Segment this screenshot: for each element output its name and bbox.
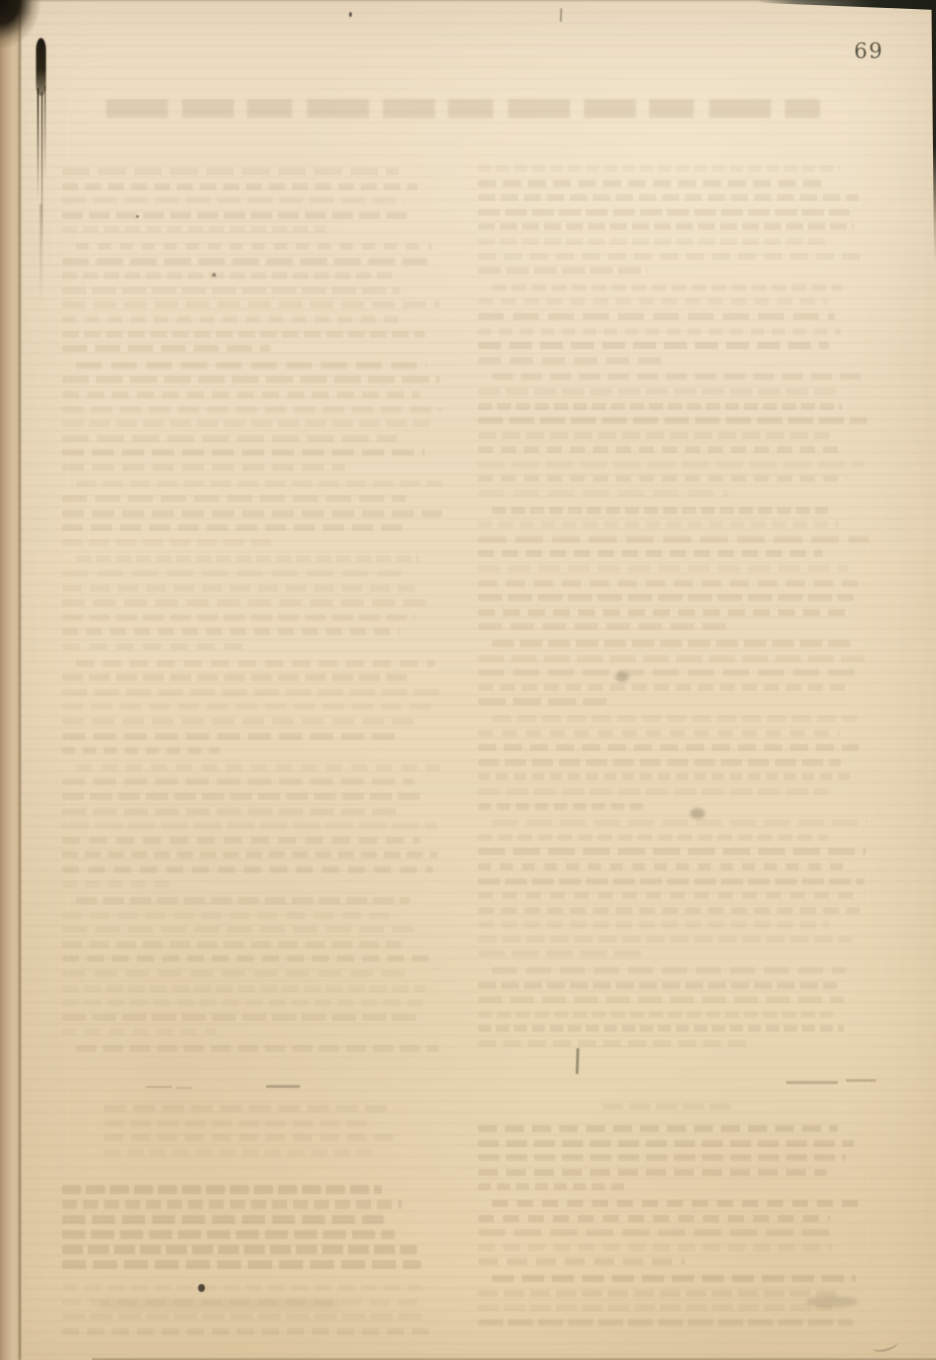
faded-text-line	[104, 1149, 374, 1156]
faded-text-line	[76, 480, 442, 487]
faded-column-left-main	[62, 168, 442, 1060]
dash-mark	[176, 1087, 192, 1089]
faded-text-line	[478, 165, 840, 172]
faded-column-right-heading	[602, 1103, 752, 1117]
faded-text-line	[478, 950, 641, 957]
faded-text-line	[492, 507, 828, 514]
faded-text-line	[478, 996, 844, 1003]
faded-text-line	[478, 461, 863, 468]
faded-text-line	[62, 301, 440, 308]
faded-column-left-tail	[62, 1284, 434, 1342]
faded-text-line	[62, 1230, 395, 1239]
faded-text-line	[62, 999, 428, 1006]
faded-column-left-foot	[104, 1105, 404, 1163]
faded-text-line	[478, 744, 859, 751]
faded-text-line	[76, 660, 435, 667]
faded-text-line	[62, 778, 414, 785]
faded-text-line	[478, 1025, 844, 1032]
faded-text-line	[478, 848, 866, 855]
faded-text-line	[478, 698, 607, 705]
faded-text-line	[62, 1028, 217, 1035]
faded-text-line	[478, 773, 850, 780]
faded-text-line	[62, 258, 427, 265]
speck-mark	[136, 215, 139, 218]
faded-text-line	[478, 209, 850, 216]
dash-mark	[146, 1086, 172, 1088]
faded-text-line	[478, 536, 869, 543]
tick-mark	[560, 8, 562, 22]
faded-text-line	[478, 328, 841, 335]
faded-text-line	[492, 1275, 856, 1282]
faded-text-line	[76, 1045, 439, 1052]
band-mark	[100, 1300, 340, 1309]
faded-text-line	[478, 342, 829, 349]
faded-text-line	[62, 808, 403, 815]
faded-text-line	[62, 822, 437, 829]
faded-text-line	[62, 718, 414, 725]
faded-text-line	[478, 982, 837, 989]
faded-text-line	[478, 921, 829, 928]
faded-text-line	[478, 238, 827, 245]
faded-text-line	[478, 759, 841, 766]
smudge-mark	[806, 1296, 858, 1308]
faded-text-line	[62, 406, 441, 413]
smudge-mark	[615, 672, 629, 682]
faded-text-line	[478, 357, 667, 364]
faded-text-line	[478, 1169, 827, 1176]
faded-text-line	[62, 510, 442, 517]
faded-text-line	[478, 388, 836, 395]
faded-text-line	[104, 1105, 387, 1112]
faded-text-line	[478, 803, 646, 810]
faded-text-line	[62, 1200, 402, 1209]
faded-text-line	[478, 1319, 853, 1326]
faded-text-line	[478, 1290, 838, 1297]
faded-text-line	[478, 623, 730, 630]
ink-streak-mark	[30, 36, 56, 306]
faded-text-line	[478, 180, 827, 187]
dash-mark	[786, 1081, 838, 1084]
faded-text-line	[104, 1134, 398, 1141]
faded-text-line	[478, 1125, 838, 1132]
faded-text-line	[478, 1140, 854, 1147]
faded-text-line	[62, 420, 430, 427]
faded-text-line	[62, 614, 415, 621]
faded-text-line	[76, 555, 419, 562]
curl-mark	[871, 1337, 899, 1354]
faded-text-line	[478, 594, 854, 601]
faded-text-line	[62, 912, 399, 919]
scan-edge-shadow-right	[929, 0, 936, 265]
faded-text-line	[492, 1200, 865, 1207]
faded-text-line	[62, 1260, 421, 1269]
faded-text-line	[492, 640, 856, 647]
faded-text-line	[62, 435, 397, 442]
scan-edge-shadow-top-right	[756, 0, 936, 10]
faded-text-line	[478, 936, 852, 943]
faded-text-line	[492, 819, 868, 826]
faded-text-line	[478, 580, 858, 587]
scanned-document-page: 69	[0, 0, 936, 1360]
ink-wisp-tail	[40, 204, 42, 306]
faded-text-line	[62, 1245, 417, 1254]
faded-text-line	[478, 313, 835, 320]
smudge-mark	[690, 808, 705, 819]
faded-text-line	[478, 417, 867, 424]
faded-text-line	[62, 837, 420, 844]
faded-text-line	[62, 674, 412, 681]
faded-title-text	[106, 99, 820, 118]
faded-text-line	[62, 1185, 382, 1194]
faded-text-line	[478, 403, 842, 410]
faded-text-line	[62, 1313, 422, 1320]
faded-text-line	[62, 391, 420, 398]
faded-text-line	[62, 585, 415, 592]
faded-text-line	[62, 689, 441, 696]
faded-text-line	[478, 730, 840, 737]
faded-column-left-bold	[62, 1185, 424, 1275]
faded-text-line	[478, 267, 647, 274]
faded-text-line	[478, 1229, 838, 1236]
faded-text-line	[492, 373, 867, 380]
faded-text-line	[76, 764, 440, 771]
faded-text-line	[478, 1304, 832, 1311]
faded-text-line	[62, 464, 345, 471]
speck-mark	[198, 1284, 205, 1292]
faded-text-line	[602, 1103, 737, 1110]
faded-text-line	[62, 376, 440, 383]
faded-text-line	[478, 907, 860, 914]
faded-text-line	[492, 967, 846, 974]
faded-text-line	[76, 243, 432, 250]
faded-text-line	[62, 926, 414, 933]
faded-text-line	[62, 495, 406, 502]
faded-text-line	[478, 1183, 630, 1190]
faded-text-line	[62, 449, 425, 456]
faded-text-line	[76, 362, 427, 369]
faded-text-line	[62, 1014, 416, 1021]
faded-text-line	[478, 863, 843, 870]
faded-text-line	[478, 878, 864, 885]
faded-text-line	[478, 788, 829, 795]
faded-text-line	[62, 1328, 429, 1335]
faded-text-line	[478, 194, 859, 201]
faded-text-line	[62, 539, 271, 546]
faded-text-line	[478, 1154, 846, 1161]
faded-text-line	[478, 1258, 685, 1265]
faded-text-line	[478, 298, 828, 305]
faded-text-line	[478, 1011, 833, 1018]
page-number: 69	[854, 39, 884, 63]
faded-text-line	[62, 866, 433, 873]
faded-text-line	[478, 550, 823, 557]
faded-text-line	[62, 941, 401, 948]
faded-text-line	[478, 1215, 830, 1222]
faded-text-line	[478, 475, 847, 482]
faded-text-line	[478, 223, 854, 230]
faded-text-line	[62, 793, 425, 800]
faded-text-line	[62, 226, 326, 233]
faded-text-line	[492, 715, 857, 722]
faded-text-line	[62, 183, 418, 190]
faded-text-line	[62, 1215, 384, 1224]
faded-text-line	[478, 1040, 747, 1047]
faded-text-line	[62, 197, 404, 204]
ink-wisp	[37, 88, 39, 200]
faded-text-line	[62, 316, 403, 323]
faded-text-line	[62, 212, 410, 219]
faded-text-line	[478, 684, 847, 691]
faded-text-line	[478, 609, 850, 616]
faded-text-line	[62, 1284, 424, 1291]
faded-text-line	[62, 570, 401, 577]
faded-text-line	[62, 345, 270, 352]
faded-text-line	[62, 168, 399, 175]
faded-text-line	[62, 851, 438, 858]
faded-text-line	[62, 524, 407, 531]
faded-text-line	[478, 521, 839, 528]
faded-text-line	[478, 565, 848, 572]
speck-mark	[212, 273, 216, 277]
page-edge-band	[0, 0, 19, 1360]
faded-text-line	[478, 669, 860, 676]
faded-text-line	[62, 703, 439, 710]
speck-mark	[349, 12, 352, 17]
faded-text-line	[62, 643, 250, 650]
faded-text-line	[62, 733, 401, 740]
faded-text-line	[62, 881, 176, 888]
faded-text-line	[478, 490, 728, 497]
faded-text-line	[62, 287, 400, 294]
faded-text-line	[478, 253, 866, 260]
faded-text-line	[478, 432, 830, 439]
faded-text-line	[478, 655, 864, 662]
faded-text-line	[104, 1120, 371, 1127]
tick-mark	[576, 1048, 580, 1074]
dash-mark	[266, 1085, 300, 1088]
faded-text-line	[62, 331, 425, 338]
faded-text-line	[478, 892, 855, 899]
faded-text-line	[76, 897, 410, 904]
faded-text-line	[478, 446, 841, 453]
faded-column-right-main	[478, 165, 870, 1057]
ink-wisp	[44, 86, 46, 178]
faded-text-line	[62, 985, 426, 992]
faded-text-line	[62, 628, 400, 635]
faded-text-line	[478, 834, 828, 841]
faded-text-line	[62, 747, 220, 754]
faded-text-line	[478, 1244, 832, 1251]
faded-text-line	[492, 284, 843, 291]
faded-text-line	[62, 599, 432, 606]
dash-mark	[846, 1079, 876, 1082]
faded-text-line	[62, 970, 405, 977]
faded-text-line	[62, 272, 398, 279]
faded-text-line	[62, 955, 432, 962]
binding-seam	[18, 0, 22, 1360]
